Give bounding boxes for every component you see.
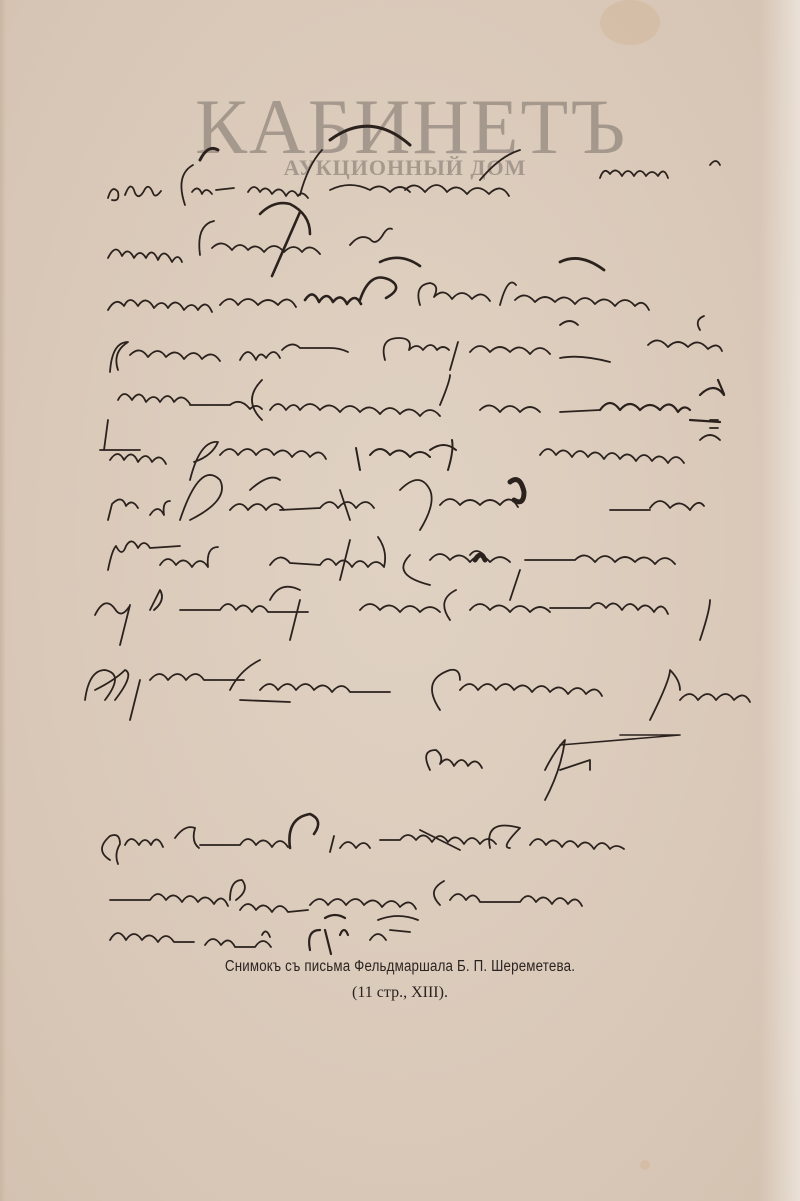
handwriting-line-5 [104, 375, 724, 450]
handwriting-strokes [0, 0, 800, 1201]
handwritten-letter [0, 0, 800, 1201]
handwriting-line-3 [108, 258, 649, 312]
handwriting-line-4 [110, 316, 722, 372]
handwriting-signature [426, 740, 590, 800]
document-page: КАБИНЕТЪ АУКЦИОННЫЙ ДОМ [0, 0, 800, 1201]
handwriting-postscript-3 [110, 915, 418, 954]
handwriting-line-10 [85, 660, 750, 745]
handwriting-line-6 [100, 420, 720, 480]
handwriting-line-1 [108, 126, 720, 205]
handwriting-postscript-1 [102, 814, 624, 864]
handwriting-line-9 [95, 587, 710, 645]
handwriting-line-7 [108, 475, 704, 530]
handwriting-postscript-2 [110, 880, 582, 912]
caption-page-reference: (11 стр., XIII). [0, 984, 800, 1002]
caption-title: Снимокъ съ письма Фельдмаршала Б. П. Шер… [56, 958, 744, 976]
handwriting-line-2 [108, 203, 392, 276]
handwriting-line-8 [108, 537, 675, 600]
